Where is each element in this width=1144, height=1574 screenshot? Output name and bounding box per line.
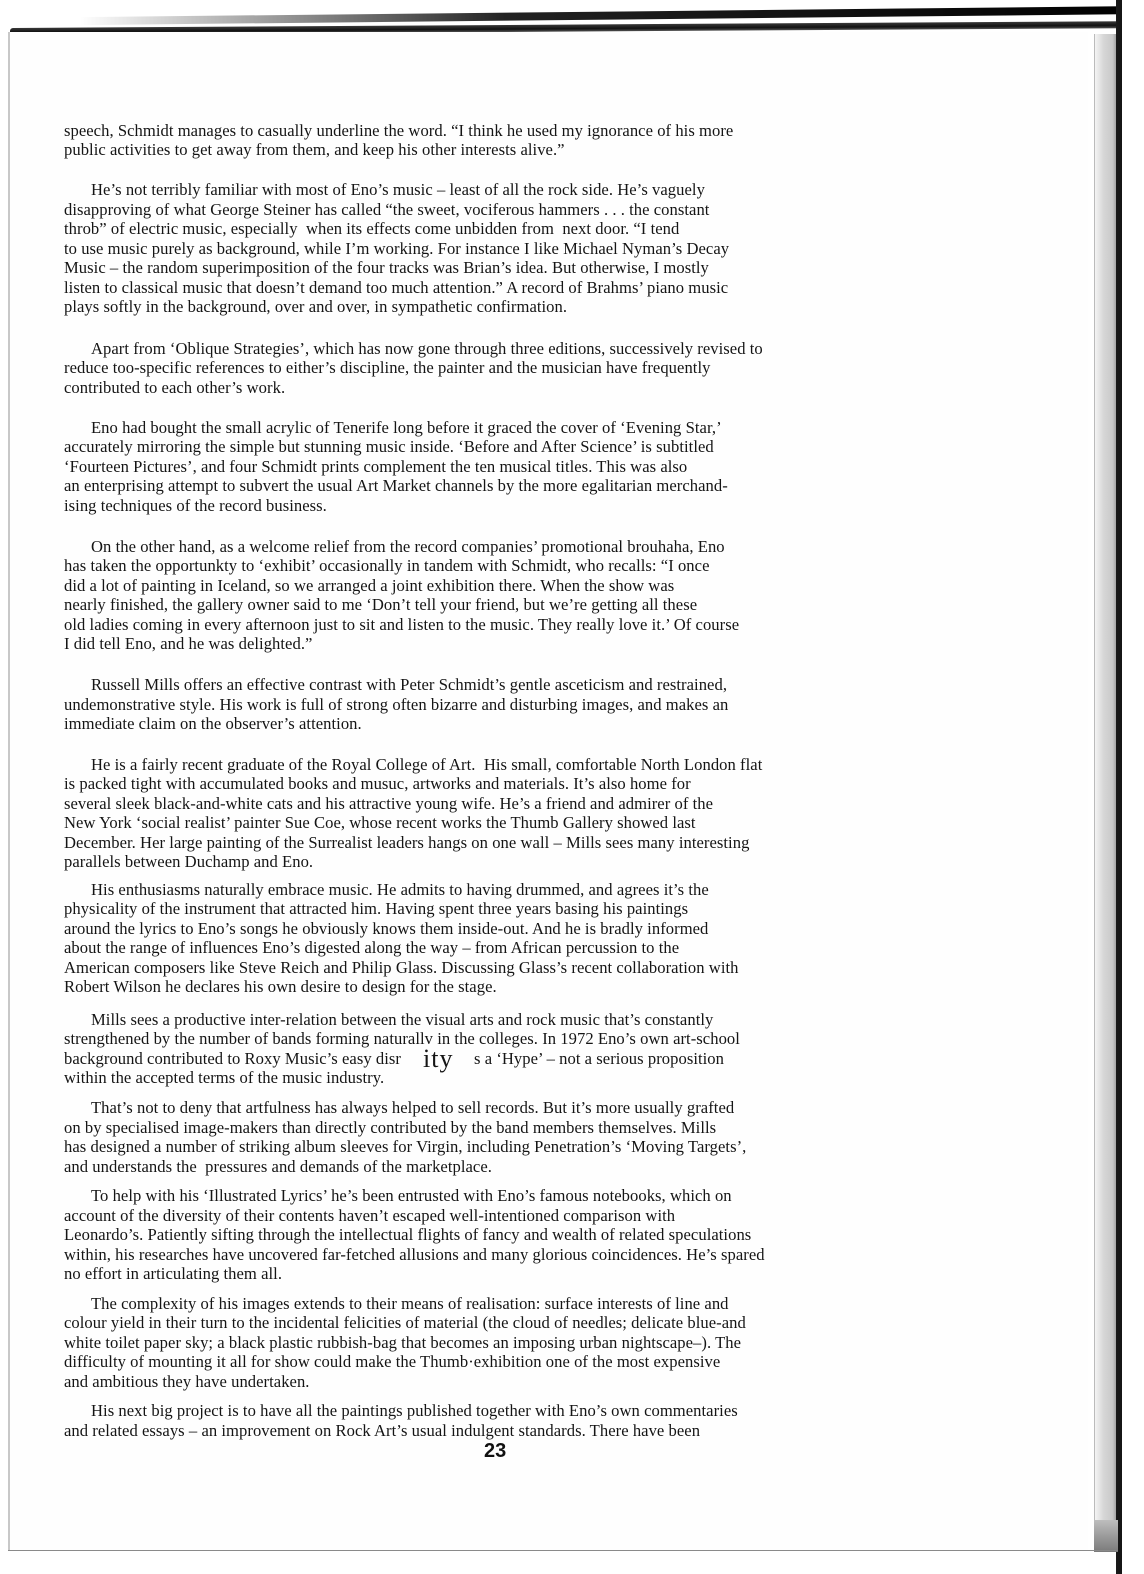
- binding-bottom-shade: [1094, 1520, 1118, 1552]
- text-line: has designed a number of striking album …: [64, 1137, 746, 1156]
- text-line: New York ‘social realist’ painter Sue Co…: [64, 813, 696, 832]
- text-line: immediate claim on the observer’s attent…: [64, 714, 362, 733]
- text-line: background contributed to Roxy Music’s e…: [64, 1049, 401, 1068]
- scan-margin: [1122, 0, 1144, 1574]
- text-line: ising techniques of the record business.: [64, 496, 327, 515]
- page-number: 23: [484, 1440, 506, 1463]
- text-line: listen to classical music that doesn’t d…: [64, 278, 728, 297]
- text-line: His enthusiasms naturally embrace music.…: [91, 880, 709, 899]
- text-line: within the accepted terms of the music i…: [64, 1068, 384, 1087]
- text-line: That’s not to deny that artfulness has a…: [91, 1098, 734, 1117]
- text-line: public activities to get away from them,…: [64, 140, 565, 159]
- text-line: He is a fairly recent graduate of the Ro…: [91, 755, 762, 774]
- text-line: is packed tight with accumulated books a…: [64, 774, 691, 793]
- text-line: Russell Mills offers an effective contra…: [91, 675, 727, 694]
- text-line: The complexity of his images extends to …: [91, 1294, 729, 1313]
- text-line: speech, Schmidt manages to casually unde…: [64, 121, 733, 140]
- text-line: nearly finished, the gallery owner said …: [64, 595, 697, 614]
- text-line: Music – the random superimposition of th…: [64, 258, 709, 277]
- text-line: accurately mirroring the simple but stun…: [64, 437, 714, 456]
- text-line: white toilet paper sky; a black plastic …: [64, 1333, 741, 1352]
- text-line: and ambitious they have undertaken.: [64, 1372, 310, 1391]
- text-line: old ladies coming in every afternoon jus…: [64, 615, 739, 634]
- text-line: to use music purely as background, while…: [64, 239, 729, 258]
- text-line: strengthened by the number of bands form…: [64, 1029, 740, 1048]
- text-line: and understands the pressures and demand…: [64, 1157, 492, 1176]
- text-line: American composers like Steve Reich and …: [64, 958, 739, 977]
- text-line: around the lyrics to Eno’s songs he obvi…: [64, 919, 708, 938]
- misprint-fragment: ity: [423, 1046, 453, 1072]
- text-line: December. Her large painting of the Surr…: [64, 833, 749, 852]
- text-line: within, his researches have uncovered fa…: [64, 1245, 765, 1264]
- text-line: about the range of influences Eno’s dige…: [64, 938, 679, 957]
- text-line: Apart from ‘Oblique Strategies’, which h…: [91, 339, 763, 358]
- text-line: colour yield in their turn to the incide…: [64, 1313, 746, 1332]
- text-line: Eno had bought the small acrylic of Tene…: [91, 418, 722, 437]
- text-line: an enterprising attempt to subvert the u…: [64, 476, 728, 495]
- text-line: On the other hand, as a welcome relief f…: [91, 537, 725, 556]
- text-line: Leonardo’s. Patiently sifting through th…: [64, 1225, 751, 1244]
- text-line: parallels between Duchamp and Eno.: [64, 852, 313, 871]
- text-line: plays softly in the background, over and…: [64, 297, 567, 316]
- text-line: throb” of electric music, especially whe…: [64, 219, 679, 238]
- text-line: physicality of the instrument that attra…: [64, 899, 688, 918]
- text-line: has taken the opportunkty to ‘exhibit’ o…: [64, 556, 710, 575]
- text-line: To help with his ‘Illustrated Lyrics’ he…: [91, 1186, 732, 1205]
- text-line: and related essays – an improvement on R…: [64, 1421, 700, 1440]
- text-line: account of the diversity of their conten…: [64, 1206, 675, 1225]
- text-line: I did tell Eno, and he was delighted.”: [64, 634, 312, 653]
- text-line-tail: s a ‘Hype’ – not a serious proposition: [474, 1049, 724, 1068]
- text-line: contributed to each other’s work.: [64, 378, 285, 397]
- text-line: difficulty of mounting it all for show c…: [64, 1352, 720, 1371]
- text-line: several sleek black-and-white cats and h…: [64, 794, 713, 813]
- text-line: His next big project is to have all the …: [91, 1401, 738, 1420]
- page-binding-edge: [1094, 34, 1117, 1550]
- text-line: reduce too-specific references to either…: [64, 358, 710, 377]
- text-line: on by specialised image-makers than dire…: [64, 1118, 716, 1137]
- text-line: He’s not terribly familiar with most of …: [91, 180, 705, 199]
- text-line: ‘Fourteen Pictures’, and four Schmidt pr…: [64, 457, 687, 476]
- text-line: undemonstrative style. His work is full …: [64, 695, 728, 714]
- page-bottom-edge: [8, 1550, 1118, 1551]
- text-line: disapproving of what George Steiner has …: [64, 200, 709, 219]
- text-line: did a lot of painting in Iceland, so we …: [64, 576, 674, 595]
- text-line: Robert Wilson he declares his own desire…: [64, 977, 497, 996]
- text-line: Mills sees a productive inter-relation b…: [91, 1010, 713, 1029]
- text-line: no effort in articulating them all.: [64, 1264, 282, 1283]
